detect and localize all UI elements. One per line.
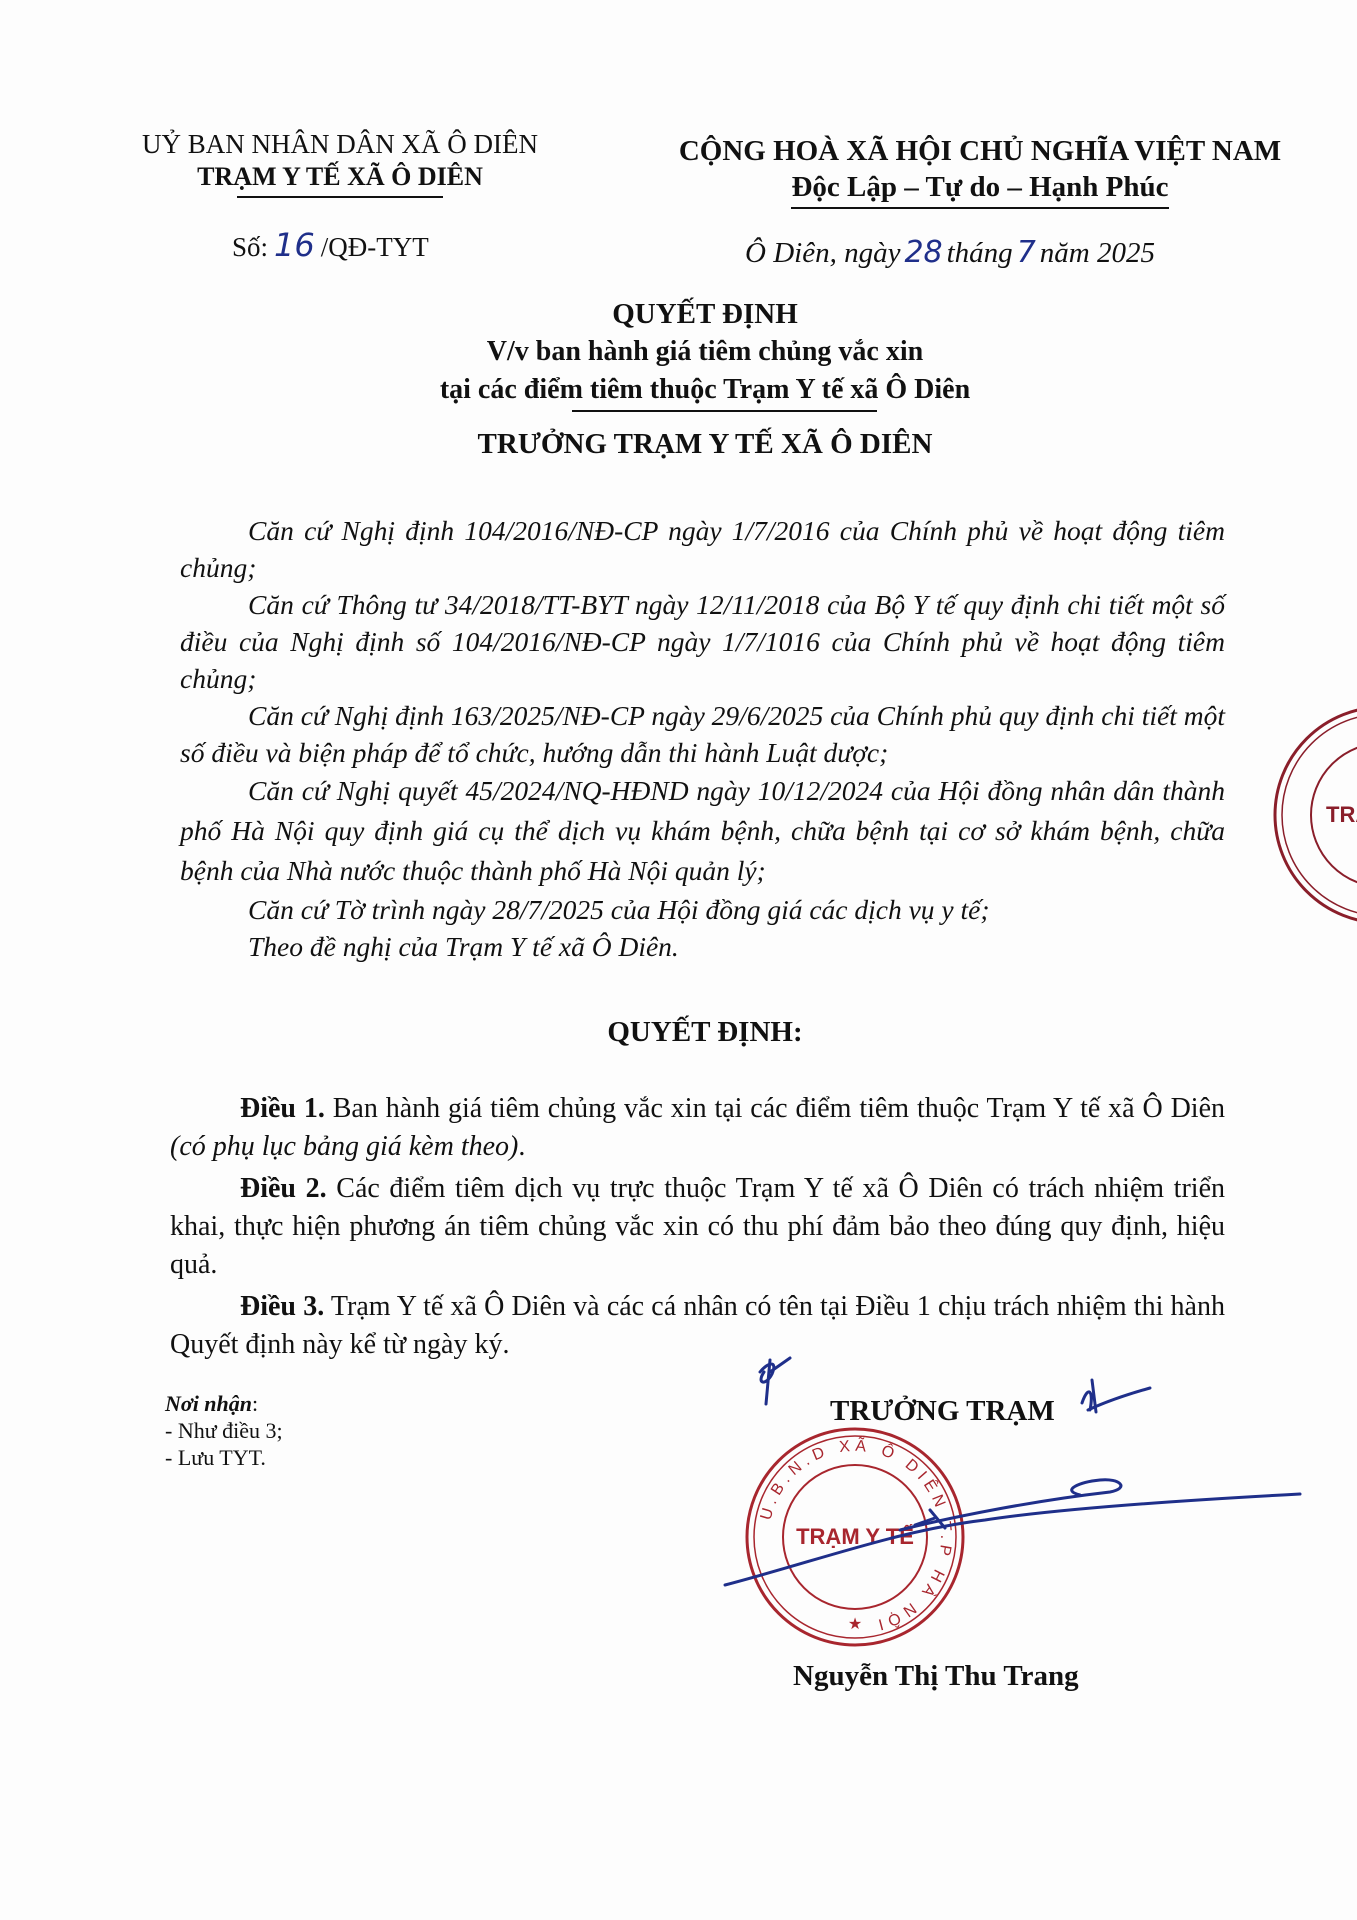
article-label: Điều 2. (240, 1173, 327, 1204)
signer-name: Nguyễn Thị Thu Trang (793, 1660, 1079, 1693)
official-seal-icon: U.B.N.D XÃ Ô DIÊN T.P HÀ NỘI TRẠM Y TẾ ★ (740, 1422, 970, 1652)
svg-text:★: ★ (848, 1616, 862, 1633)
national-header-block: CỘNG HOÀ XÃ HỘI CHỦ NGHĨA VIỆT NAM Độc L… (660, 133, 1300, 205)
document-type: QUYẾT ĐỊNH (300, 295, 1110, 333)
number-suffix: /QĐ-TYT (321, 232, 429, 262)
article-1: Điều 1. Ban hành giá tiêm chủng vắc xin … (170, 1090, 1225, 1166)
place-date-line: Ô Diên, ngày28tháng7năm 2025 (745, 235, 1155, 270)
number-label: Số: (232, 232, 268, 262)
article-2: Điều 2. Các điểm tiêm dịch vụ trực thuộc… (170, 1170, 1225, 1284)
article-label: Điều 1. (240, 1093, 325, 1124)
handwritten-month: 7 (1017, 235, 1036, 270)
handwritten-number: 16 (274, 226, 315, 264)
legal-bases: Căn cứ Nghị định 104/2016/NĐ-CP ngày 1/7… (180, 512, 1225, 965)
article-label: Điều 3. (240, 1291, 324, 1322)
article-note: (có phụ lục bảng giá kèm theo) (170, 1131, 518, 1162)
article-3: Điều 3. Trạm Y tế xã Ô Diên và các cá nh… (170, 1288, 1225, 1364)
month-label: tháng (947, 237, 1013, 269)
issuing-organization: TRẠM Y TẾ XÃ Ô DIÊN (197, 161, 483, 193)
article-text: Trạm Y tế xã Ô Diên và các cá nhân có tê… (170, 1291, 1225, 1360)
article-end: . (518, 1131, 525, 1162)
document-title-block: QUYẾT ĐỊNH V/v ban hành giá tiêm chủng v… (300, 295, 1110, 409)
legal-basis-item: Căn cứ Thông tư 34/2018/TT-BYT ngày 12/1… (180, 586, 1225, 697)
subject-line-2: tại các điểm tiêm thuộc Trạm Y tế xã Ô D… (440, 371, 970, 409)
legal-basis-item: Căn cứ Nghị định 163/2025/NĐ-CP ngày 29/… (180, 697, 1225, 771)
handwritten-day: 28 (904, 235, 942, 270)
legal-basis-item: Căn cứ Nghị quyết 45/2024/NQ-HĐND ngày 1… (180, 771, 1225, 891)
legal-basis-item: Theo đề nghị của Trạm Y tế xã Ô Diên. (180, 928, 1225, 965)
parent-authority: UỶ BAN NHÂN DÂN XÃ Ô DIÊN (130, 128, 550, 161)
edge-seal-icon: TRẠM Y TẾ (1268, 700, 1357, 930)
place-prefix: Ô Diên, ngày (745, 237, 900, 269)
nation-name: CỘNG HOÀ XÃ HỘI CHỦ NGHĨA VIỆT NAM (660, 133, 1300, 169)
article-text: Các điểm tiêm dịch vụ trực thuộc Trạm Y … (170, 1173, 1225, 1280)
issuing-authority-block: UỶ BAN NHÂN DÂN XÃ Ô DIÊN TRẠM Y TẾ XÃ Ô… (130, 128, 550, 193)
national-motto: Độc Lập – Tự do – Hạnh Phúc (791, 169, 1168, 205)
recipients-heading: Nơi nhận (165, 1391, 252, 1416)
subject-line-1: V/v ban hành giá tiêm chủng vắc xin (300, 333, 1110, 371)
svg-text:TRẠM Y TẾ: TRẠM Y TẾ (1326, 802, 1357, 827)
recipients-block: Nơi nhận: - Như điều 3; - Lưu TYT. (165, 1390, 283, 1471)
svg-text:TRẠM Y TẾ: TRẠM Y TẾ (796, 1524, 914, 1549)
decision-heading: QUYẾT ĐỊNH: (300, 1016, 1110, 1049)
year-label: năm 2025 (1040, 237, 1155, 269)
document-number: Số:16/QĐ-TYT (232, 226, 429, 264)
decision-authority: TRƯỞNG TRẠM Y TẾ XÃ Ô DIÊN (300, 428, 1110, 461)
articles: Điều 1. Ban hành giá tiêm chủng vắc xin … (170, 1090, 1225, 1368)
legal-basis-item: Căn cứ Nghị định 104/2016/NĐ-CP ngày 1/7… (180, 512, 1225, 586)
recipient-item: - Lưu TYT. (165, 1444, 283, 1471)
legal-basis-item: Căn cứ Tờ trình ngày 28/7/2025 của Hội đ… (180, 891, 1225, 928)
article-text: Ban hành giá tiêm chủng vắc xin tại các … (325, 1093, 1225, 1124)
recipient-item: - Như điều 3; (165, 1417, 283, 1444)
